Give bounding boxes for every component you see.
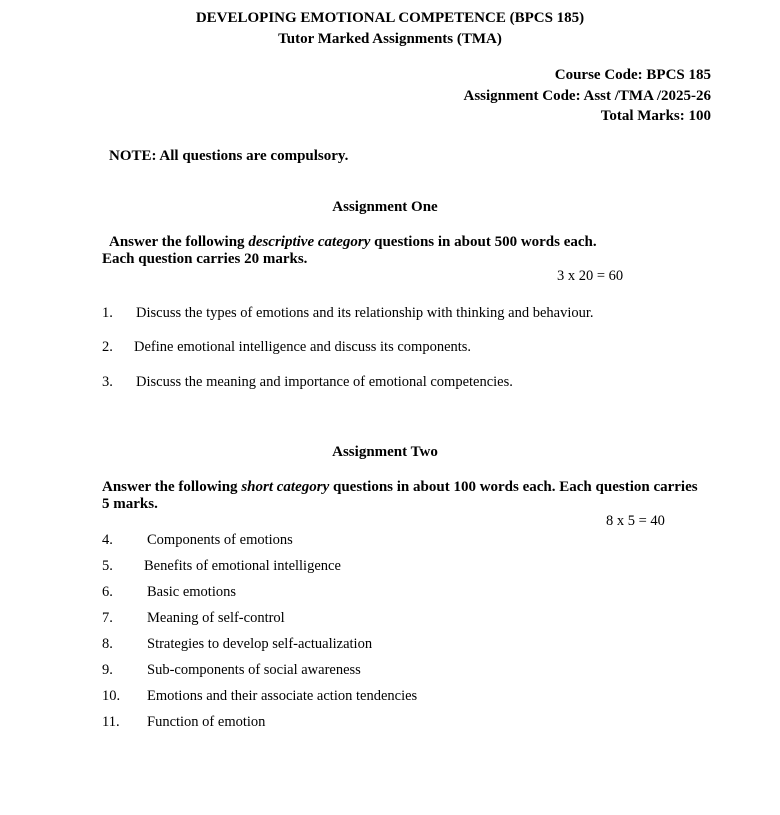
question-text: Define emotional intelligence and discus… bbox=[134, 339, 471, 356]
question-number: 11. bbox=[102, 714, 120, 731]
question-number: 10. bbox=[102, 688, 120, 705]
question-number: 5. bbox=[102, 558, 113, 575]
assignment-two-instruction: Answer the following short category ques… bbox=[102, 479, 698, 496]
question-number: 6. bbox=[102, 584, 113, 601]
instruction-text: questions in about 500 words each. bbox=[370, 234, 596, 250]
document-subtitle: Tutor Marked Assignments (TMA) bbox=[0, 31, 780, 48]
question-text: Meaning of self-control bbox=[147, 610, 285, 627]
document-title: DEVELOPING EMOTIONAL COMPETENCE (BPCS 18… bbox=[0, 10, 780, 27]
assignment-two-instruction-line2: 5 marks. bbox=[102, 496, 158, 513]
question-text: Components of emotions bbox=[147, 532, 293, 549]
question-number: 1. bbox=[102, 305, 113, 322]
question-text: Strategies to develop self-actualization bbox=[147, 636, 372, 653]
question-number: 8. bbox=[102, 636, 113, 653]
assignment-one-marks: 3 x 20 = 60 bbox=[557, 268, 623, 285]
question-number: 3. bbox=[102, 374, 113, 391]
assignment-one-heading: Assignment One bbox=[0, 199, 770, 216]
question-number: 4. bbox=[102, 532, 113, 549]
question-text: Sub-components of social awareness bbox=[147, 662, 361, 679]
instruction-text: questions in about 100 words each. Each … bbox=[329, 479, 697, 495]
question-text: Basic emotions bbox=[147, 584, 236, 601]
instruction-text: Answer the following bbox=[102, 479, 241, 495]
question-text: Discuss the types of emotions and its re… bbox=[136, 305, 594, 322]
instruction-emphasis: descriptive category bbox=[248, 234, 370, 250]
assignment-one-instruction-line2: Each question carries 20 marks. bbox=[102, 251, 307, 268]
question-number: 2. bbox=[102, 339, 113, 356]
course-code: Course Code: BPCS 185 bbox=[555, 67, 711, 84]
assignment-code: Assignment Code: Asst /TMA /2025-26 bbox=[463, 88, 711, 105]
question-text: Benefits of emotional intelligence bbox=[144, 558, 341, 575]
note: NOTE: All questions are compulsory. bbox=[109, 148, 348, 165]
question-number: 7. bbox=[102, 610, 113, 627]
question-text: Emotions and their associate action tend… bbox=[147, 688, 417, 705]
assignment-two-marks: 8 x 5 = 40 bbox=[606, 513, 665, 530]
instruction-text: Answer the following bbox=[109, 234, 248, 250]
question-text: Discuss the meaning and importance of em… bbox=[136, 374, 513, 391]
question-text: Function of emotion bbox=[147, 714, 265, 731]
assignment-two-heading: Assignment Two bbox=[0, 444, 770, 461]
assignment-one-instruction: Answer the following descriptive categor… bbox=[109, 234, 597, 251]
instruction-emphasis: short category bbox=[241, 479, 329, 495]
question-number: 9. bbox=[102, 662, 113, 679]
total-marks: Total Marks: 100 bbox=[601, 108, 711, 125]
